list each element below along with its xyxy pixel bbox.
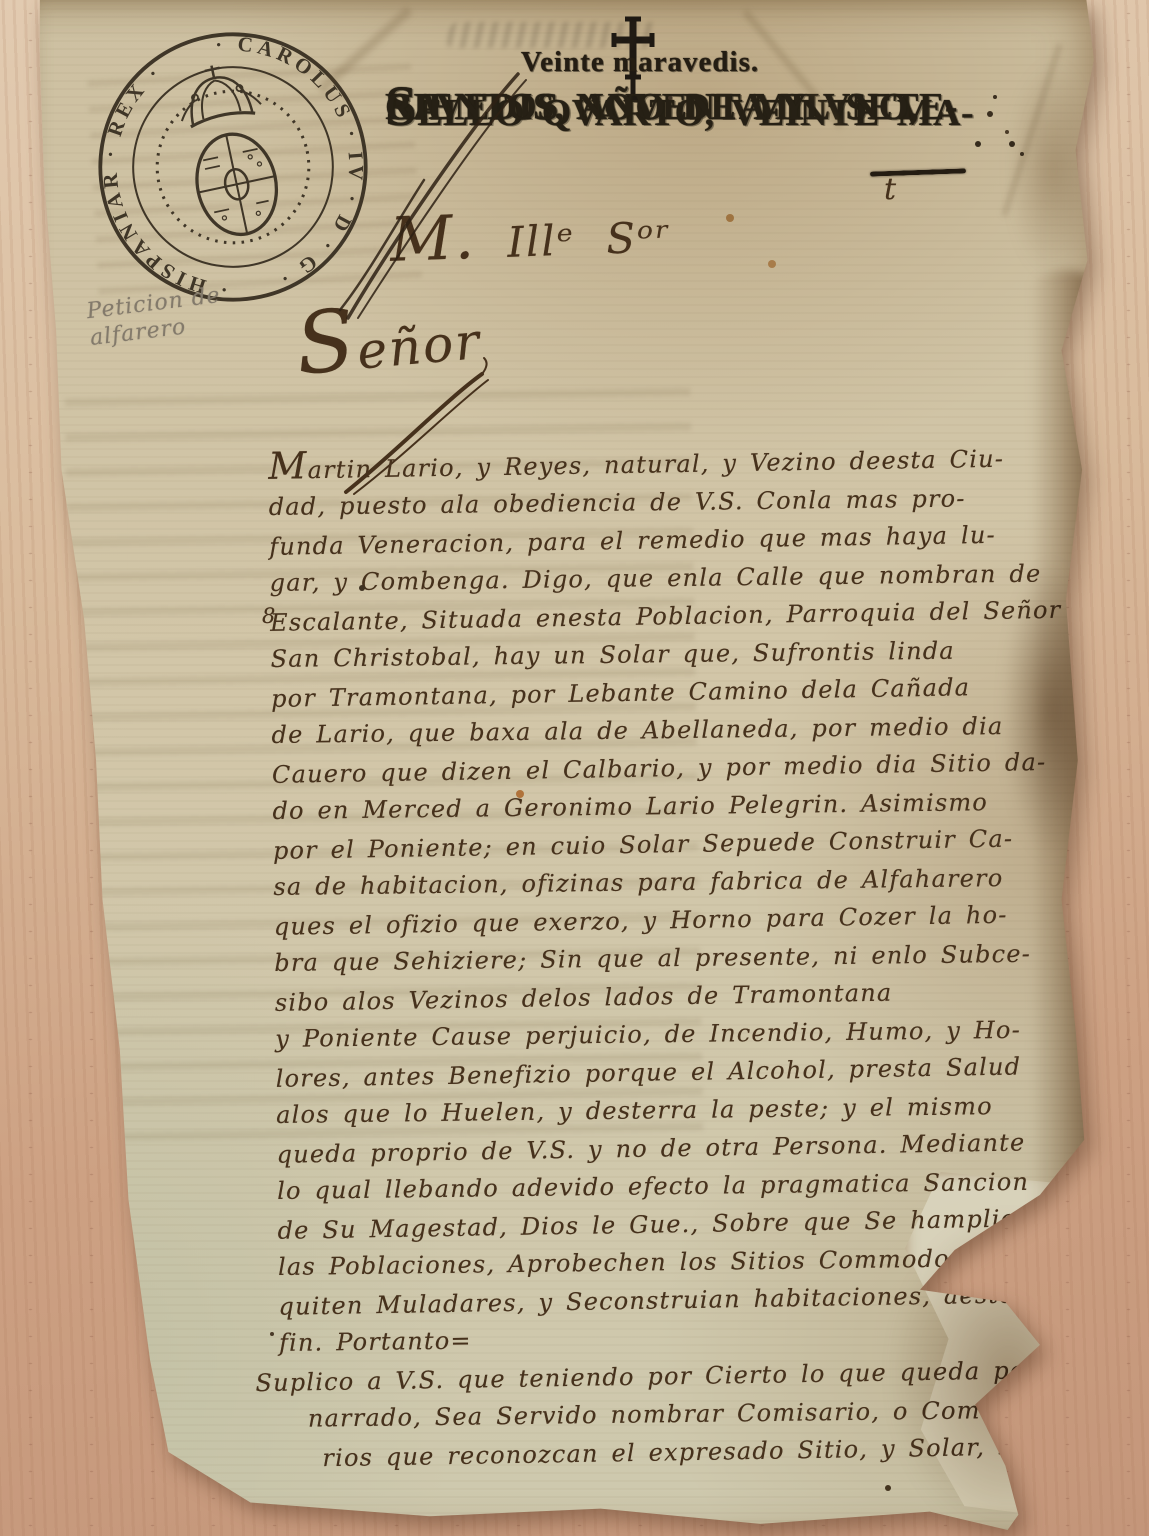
manuscript-paper-wrap: Veinte maravedis. SELLO QVARTO, VEINTE M… (28, 0, 1108, 1530)
rubric-mark: t (884, 172, 896, 207)
document-photo: Veinte maravedis. SELLO QVARTO, VEINTE M… (0, 0, 1149, 1536)
letter-body: Martin Lario, y Reyes, natural, y Vezino… (268, 435, 1136, 1476)
pen-strokes (328, 60, 688, 320)
ink-smudge (445, 22, 661, 48)
burn-stain-top (1008, 60, 1098, 280)
ink-speckles (28, 0, 32, 4)
paper-crease (1000, 43, 1063, 217)
manuscript-paper: Veinte maravedis. SELLO QVARTO, VEINTE M… (28, 0, 1108, 1530)
